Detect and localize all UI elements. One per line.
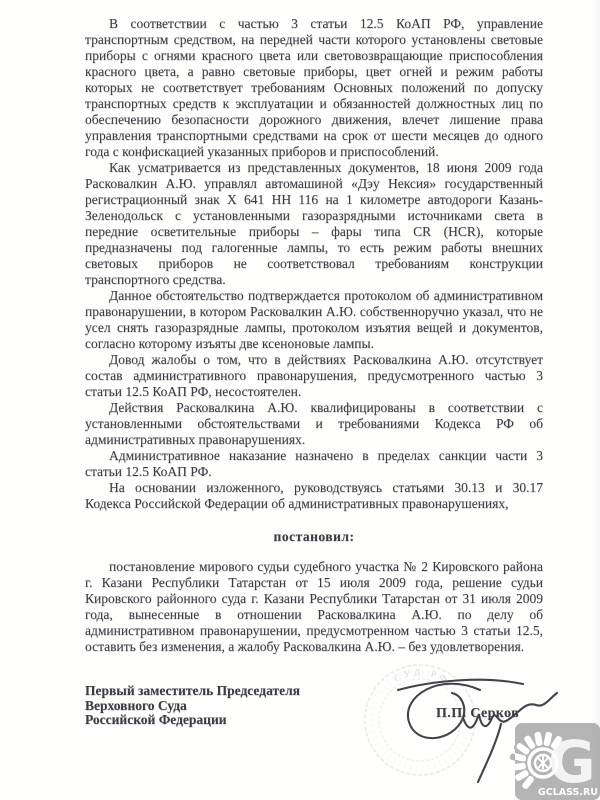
signatory-title: Первый заместитель Председателя Верховно… — [85, 684, 300, 728]
signatory-title-line: Российской Федерации — [85, 713, 300, 728]
paragraph-law-basis: В соответствии с частью 3 статьи 12.5 Ко… — [85, 16, 543, 160]
signatory-title-line: Верховного Суда — [85, 699, 300, 714]
paragraph-ruling: постановление мирового судьи судебного у… — [85, 559, 543, 655]
paragraph-sanction: Административное наказание назначено в п… — [85, 448, 543, 480]
document-page: В соответствии с частью 3 статьи 12.5 Ко… — [0, 0, 600, 800]
paragraph-facts: Как усматривается из представленных доку… — [85, 160, 543, 288]
watermark-label: GCLASS.RU — [538, 787, 598, 798]
signatory-title-line: Первый заместитель Председателя — [85, 684, 300, 699]
paragraph-legal-grounds: На основании изложенного, руководствуясь… — [85, 480, 543, 512]
gclass-watermark-logo: G GCLASS.RU — [490, 700, 600, 800]
resolution-heading: постановил: — [85, 529, 543, 545]
watermark-letter: G — [548, 728, 596, 796]
paragraph-complaint-argument: Довод жалобы о том, что в действиях Раск… — [85, 352, 543, 400]
paragraph-qualification: Действия Расковалкина А.Ю. квалифицирова… — [85, 400, 543, 448]
document-body: В соответствии с частью 3 статьи 12.5 Ко… — [85, 16, 543, 655]
scan-edge-shade — [590, 0, 600, 800]
paragraph-evidence: Данное обстоятельство подтверждается про… — [85, 288, 543, 352]
